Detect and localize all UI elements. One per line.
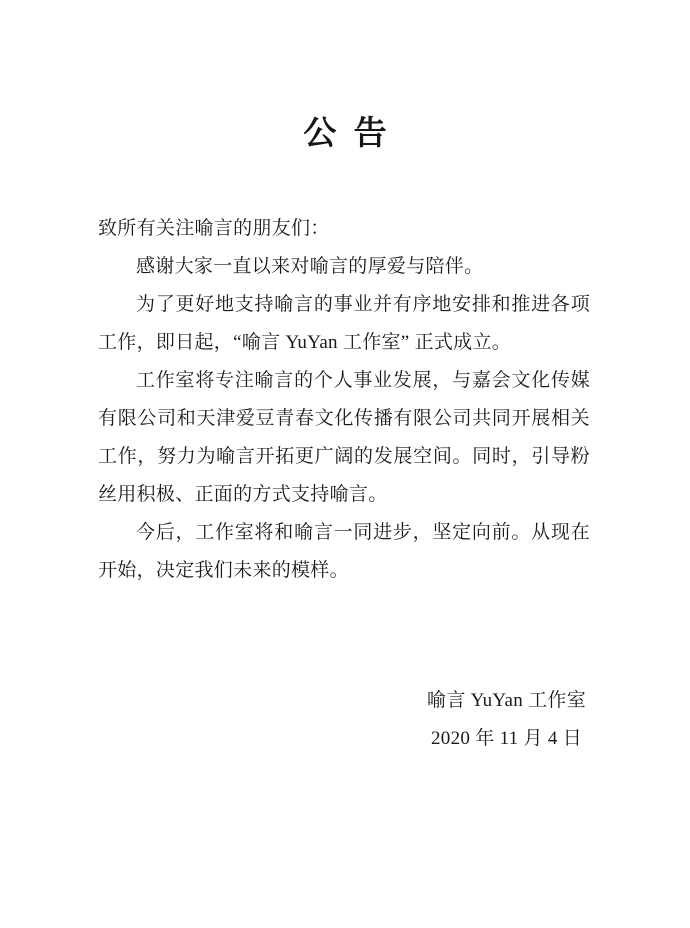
signature-line: 喻言 YuYan 工作室 xyxy=(427,682,586,720)
signature-block: 喻言 YuYan 工作室 2020 年 11 月 4 日 xyxy=(427,682,586,758)
salutation-line: 致所有关注喻言的朋友们： xyxy=(98,210,590,248)
announcement-page: 公 告 致所有关注喻言的朋友们： 感谢大家一直以来对喻言的厚爱与陪伴。 为了更好… xyxy=(0,0,690,928)
document-title: 公 告 xyxy=(0,107,690,154)
date-line: 2020 年 11 月 4 日 xyxy=(427,720,586,758)
body-paragraph-4: 今后，工作室将和喻言一同进步，坚定向前。从现在开始，决定我们未来的模样。 xyxy=(98,514,590,590)
body-paragraph-1: 感谢大家一直以来对喻言的厚爱与陪伴。 xyxy=(98,248,590,286)
body-paragraph-2: 为了更好地支持喻言的事业并有序地安排和推进各项工作，即日起，“喻言 YuYan … xyxy=(98,286,590,362)
body-paragraph-3: 工作室将专注喻言的个人事业发展，与嘉会文化传媒有限公司和天津爱豆青春文化传播有限… xyxy=(98,362,590,514)
document-body: 致所有关注喻言的朋友们： 感谢大家一直以来对喻言的厚爱与陪伴。 为了更好地支持喻… xyxy=(98,210,590,590)
